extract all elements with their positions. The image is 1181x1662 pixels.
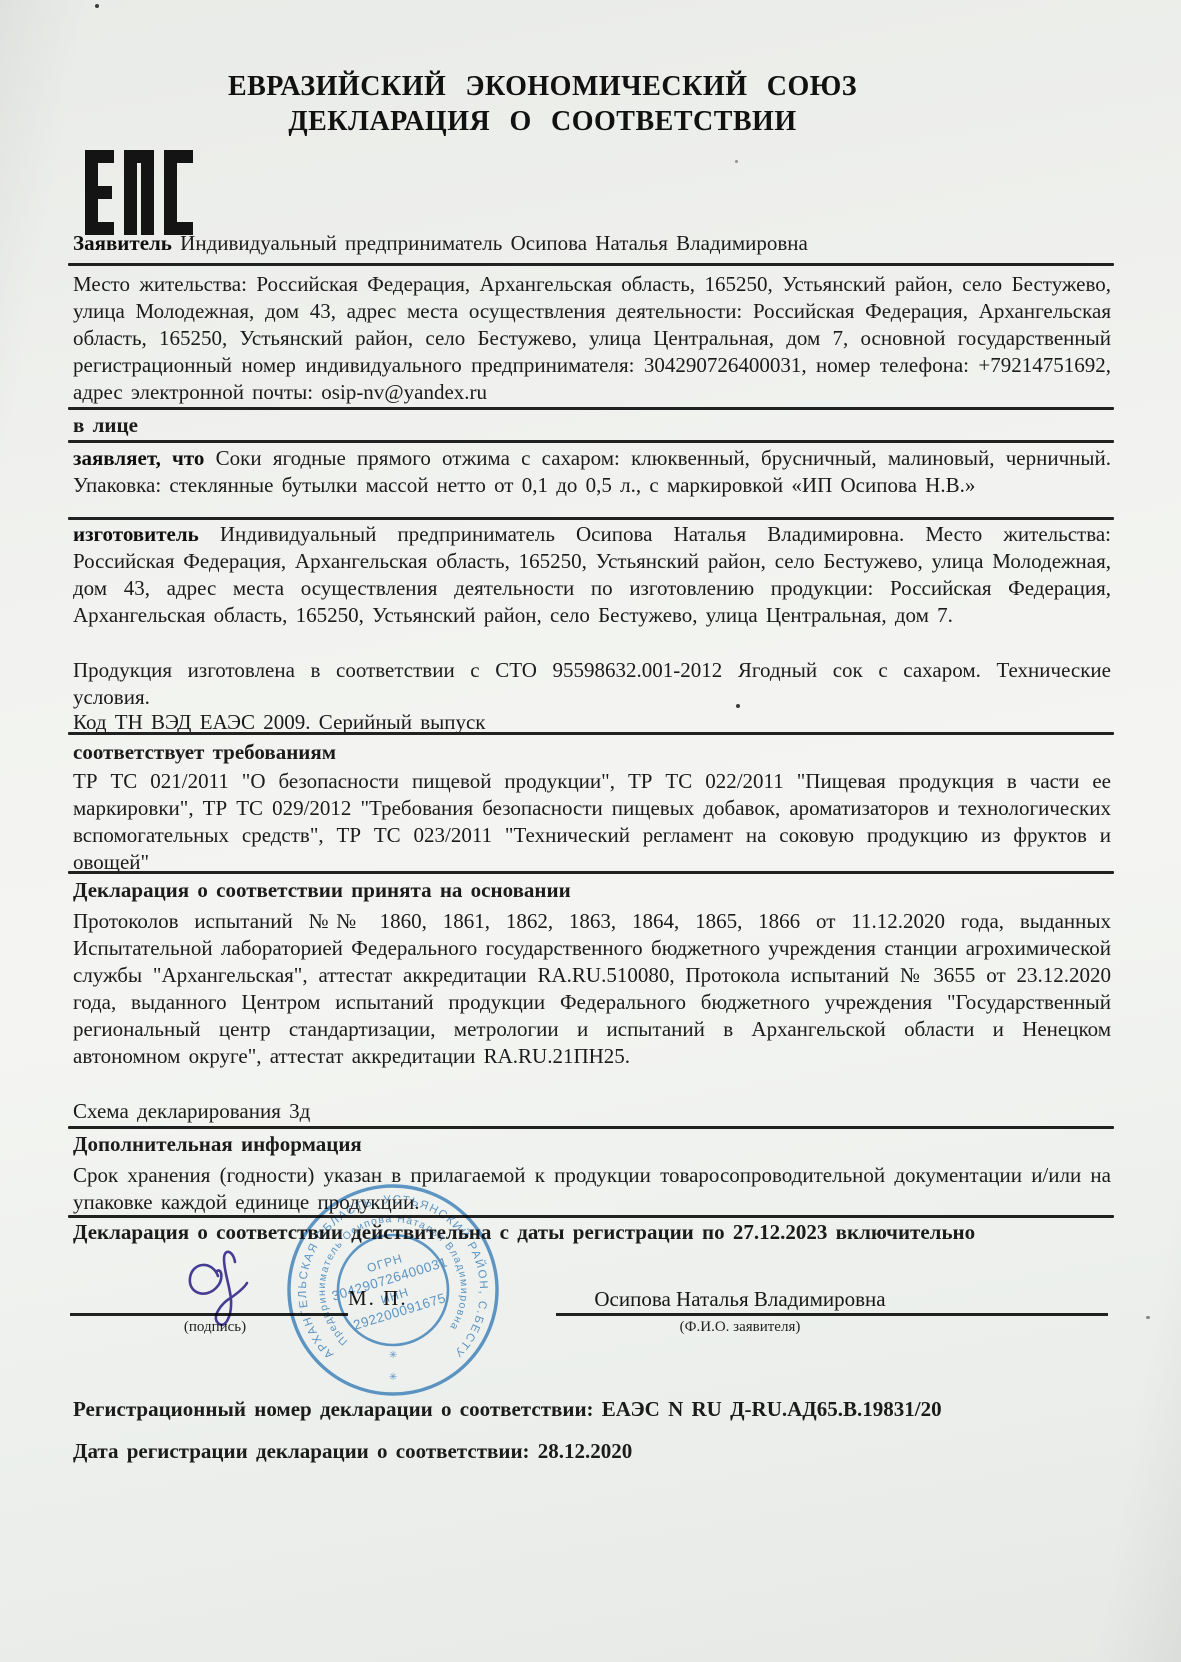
applicant-label: Заявитель <box>73 231 172 255</box>
manufacturer-text: Индивидуальный предприниматель Осипова Н… <box>73 522 1111 627</box>
document-title-declaration: ДЕКЛАРАЦИЯ О СООТВЕТСТВИИ <box>0 105 1181 139</box>
additional-info-paragraph: Срок хранения (годности) указан в прилаг… <box>73 1162 1111 1216</box>
section-divider <box>68 440 1114 443</box>
additional-info-label: Дополнительная информация <box>73 1131 1111 1158</box>
section-divider <box>68 1126 1114 1129</box>
section-divider <box>68 732 1114 735</box>
scan-speck <box>736 704 740 708</box>
scan-speck <box>1146 1316 1150 1319</box>
round-stamp: АРХАНГЕЛЬСКАЯ ОБЛАСТЬ, УСТЬЯНСКИЙ РАЙОН,… <box>281 1178 505 1402</box>
product-standard-paragraph: Продукция изготовлена в соответствии с С… <box>73 657 1111 711</box>
name-line <box>556 1313 1108 1316</box>
basis-label: Декларация о соответствии принята на осн… <box>73 877 1111 904</box>
applicant-signature-name: Осипова Наталья Владимировна <box>555 1287 925 1312</box>
scan-speck <box>95 4 99 8</box>
registration-date-line: Дата регистрации декларации о соответств… <box>73 1438 1111 1465</box>
eac-conformity-mark-icon <box>85 150 193 235</box>
declares-label: заявляет, что <box>73 446 204 470</box>
section-divider <box>68 407 1114 410</box>
registration-number-line: Регистрационный номер декларации о соотв… <box>73 1396 1111 1423</box>
in-person-label: в лице <box>73 412 1111 439</box>
declaration-scheme-line: Схема декларирования 3д <box>73 1098 1111 1125</box>
declaration-subject-paragraph: заявляет, что Соки ягодные прямого отжим… <box>73 445 1111 499</box>
applicant-line: Заявитель Индивидуальный предприниматель… <box>73 230 1111 257</box>
stamp-star-icon: ✳ <box>389 1350 397 1361</box>
applicant-value: Индивидуальный предприниматель Осипова Н… <box>172 231 808 255</box>
section-divider <box>68 263 1114 266</box>
section-divider <box>68 1215 1114 1218</box>
manufacturer-label: изготовитель <box>73 522 199 546</box>
section-divider <box>68 517 1114 520</box>
handwritten-signature <box>172 1240 287 1340</box>
manufacturer-paragraph: изготовитель Индивидуальный предпринимат… <box>73 521 1111 629</box>
basis-paragraph: Протоколов испытаний №№ 1860, 1861, 1862… <box>73 908 1111 1070</box>
declaration-document: ЕВРАЗИЙСКИЙ ЭКОНОМИЧЕСКИЙ СОЮЗ ДЕКЛАРАЦИ… <box>0 0 1181 1662</box>
residence-paragraph: Место жительства: Российская Федерация, … <box>73 271 1111 406</box>
stamp-star-icon: ✳ <box>389 1372 397 1383</box>
name-caption: (Ф.И.О. заявителя) <box>570 1319 910 1336</box>
requirements-label: соответствует требованиям <box>73 739 1111 766</box>
requirements-paragraph: ТР ТС 021/2011 "О безопасности пищевой п… <box>73 768 1111 876</box>
scan-speck <box>735 160 738 163</box>
section-divider <box>68 871 1114 874</box>
document-title-union: ЕВРАЗИЙСКИЙ ЭКОНОМИЧЕСКИЙ СОЮЗ <box>0 70 1181 104</box>
declares-text: Соки ягодные прямого отжима с сахаром: к… <box>73 446 1111 497</box>
